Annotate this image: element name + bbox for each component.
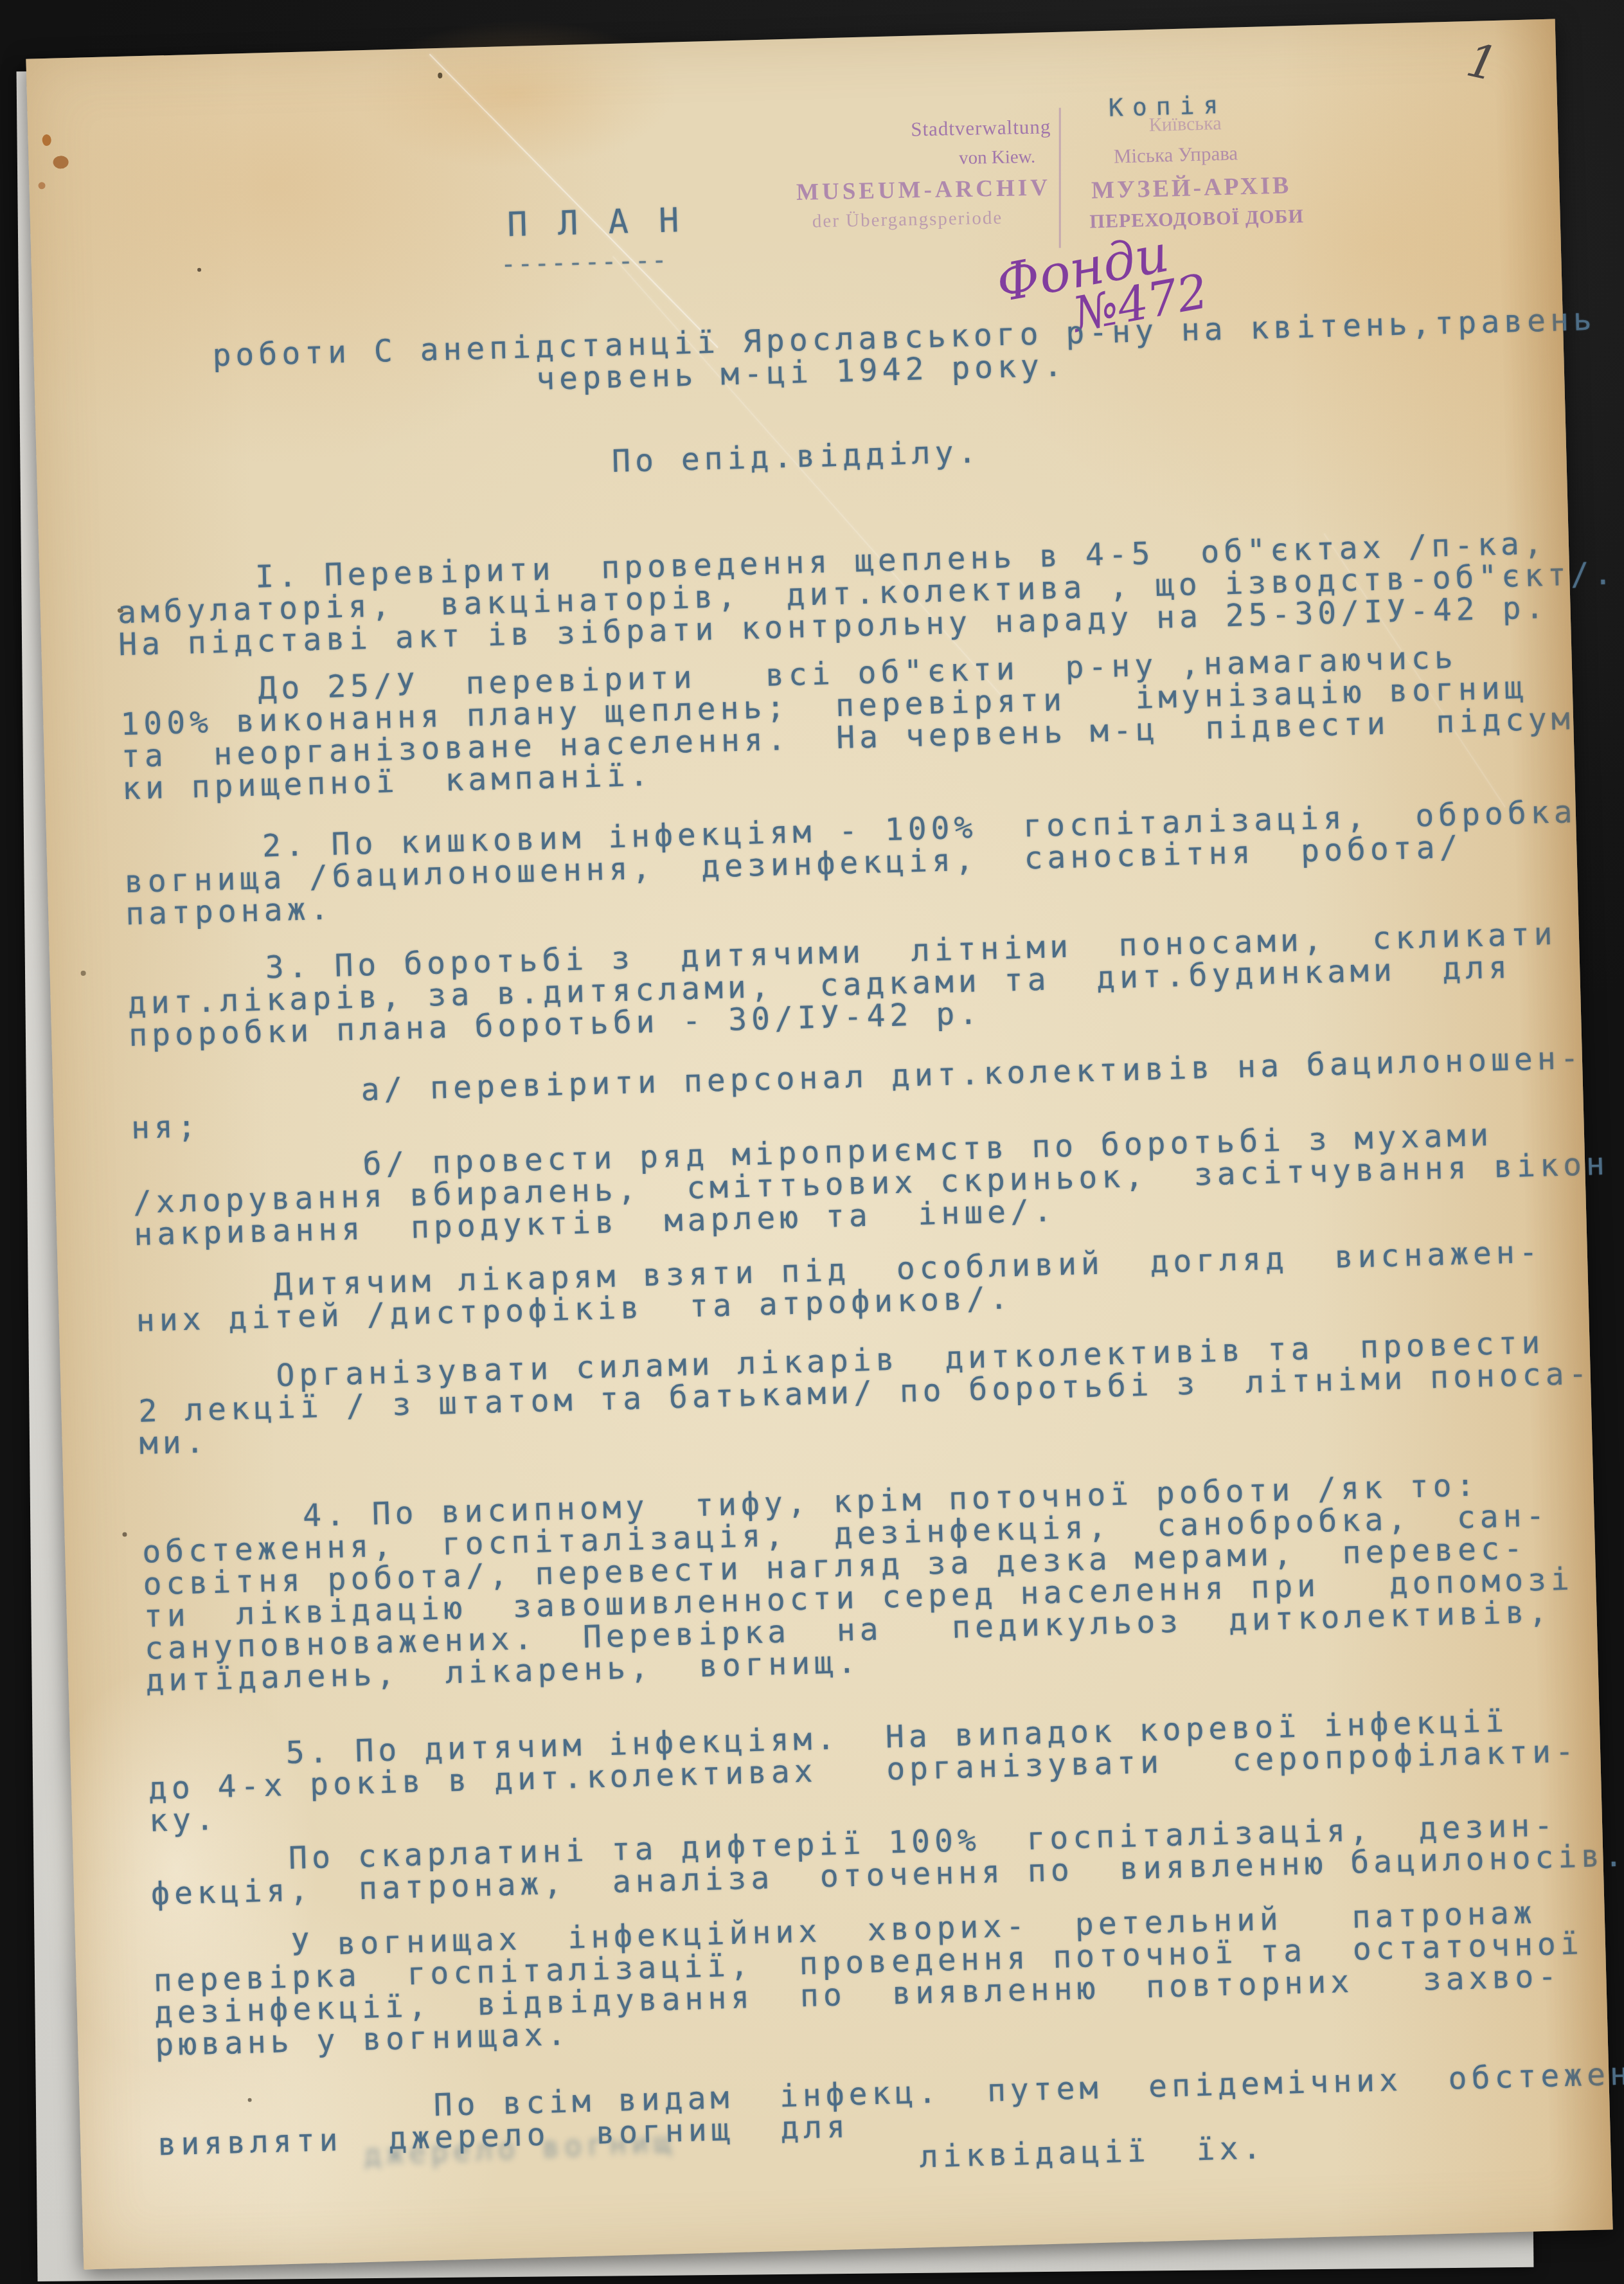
ink-speck [81, 971, 86, 976]
document-subtitle: роботи С анепідстанції Ярославського р-н… [212, 303, 1598, 404]
handwritten-page-number: 1 [1462, 32, 1503, 91]
rust-stain [38, 182, 45, 189]
rust-stain [53, 156, 69, 169]
stamp-line: Київська [1148, 109, 1353, 136]
document-body: І. Перевірити проведення щеплень в 4-5 о… [116, 526, 1611, 2193]
paragraph: У вогнищах інфекційних хворих- ретельний… [152, 1894, 1607, 2061]
document-page: 1 Stadtverwaltung von Kiew. MUSEUM-ARCHI… [26, 19, 1612, 2269]
paragraph: 2. По кишковим інфекціям - 100% госпітал… [123, 796, 1578, 930]
scanned-archive-document: { "colors": { "paper": "#e6d7b6", "typed… [0, 0, 1624, 2284]
ink-speck [197, 268, 201, 272]
title-underline: ---------- [500, 246, 668, 280]
paragraph: По всім видам інфекц. путем епідемічних … [156, 2058, 1611, 2193]
stamp-line: der Übergangsperiode [812, 205, 1114, 232]
paragraph: І. Перевірити проведення щеплень в 4-5 о… [116, 526, 1571, 661]
section-heading-text: По епід.відділу. [611, 436, 981, 478]
stamp-line: Міська Управа [1113, 139, 1354, 168]
document-title: П Л А Н [507, 201, 685, 244]
stamp-line: MUSEUM-ARCHIV [796, 172, 1113, 206]
stamp-line: МУЗЕЙ-АРХІВ [1091, 170, 1355, 205]
rust-stain [42, 134, 51, 146]
paragraph: 3. По боротьбі з дитячими літніми поноса… [127, 917, 1581, 1052]
stamp-ukrainian-museum-archive: Київська Міська Управа МУЗЕЙ-АРХІВ ПЕРЕХ… [1076, 100, 1356, 233]
stamp-divider-line [1059, 108, 1061, 248]
paragraph: До 25/У перевірити всі об"єкти р-ну ,нам… [120, 638, 1575, 805]
paragraph: Дитячим лікарям взяти під особливий догл… [135, 1235, 1589, 1337]
paragraph: Організувати силами лікарів дитколективі… [138, 1326, 1592, 1460]
ink-speck [122, 1532, 127, 1536]
section-heading: По епід.відділу. [611, 436, 981, 478]
paragraph: 4. По висипному тифу, крім поточної робо… [141, 1466, 1598, 1697]
paper-stain [353, 16, 678, 172]
